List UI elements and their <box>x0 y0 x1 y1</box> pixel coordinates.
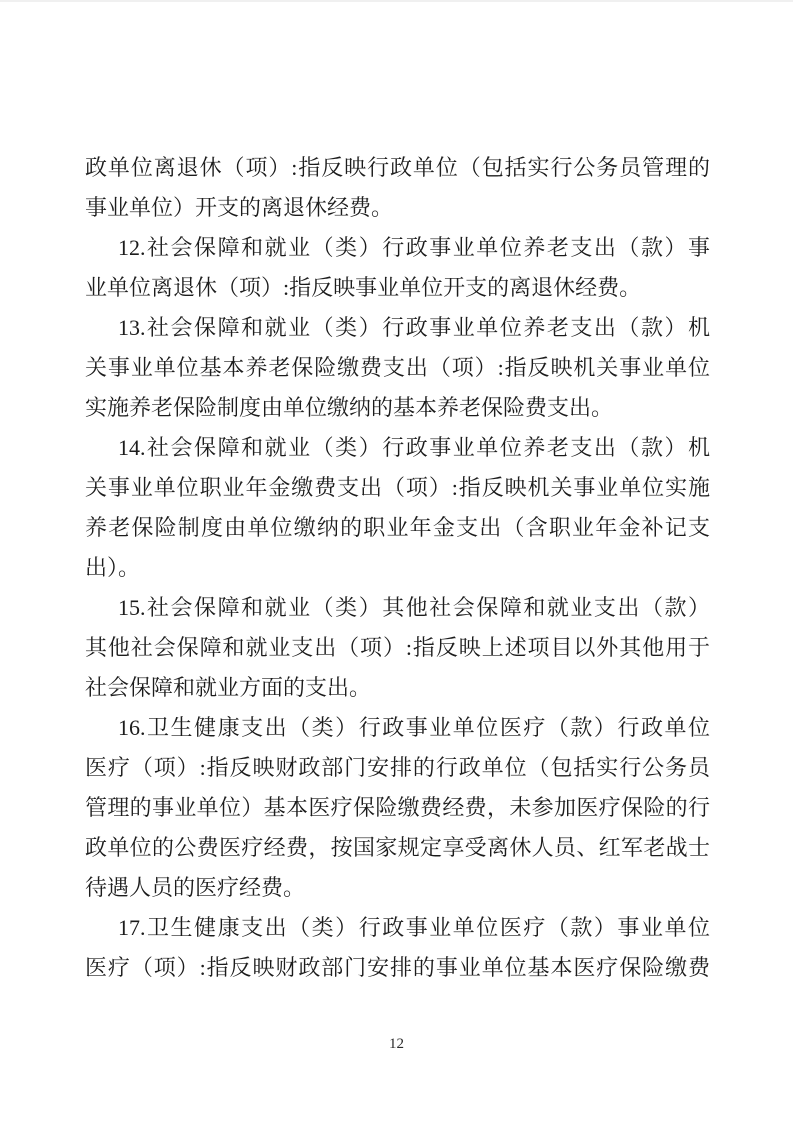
text-line: 医疗（项）:指反映财政部门安排的事业单位基本医疗保险缴费 <box>85 948 710 988</box>
text-line: 16.卫生健康支出（类）行政事业单位医疗（款）行政单位 <box>85 708 710 748</box>
page-number: 12 <box>0 1036 793 1053</box>
text-line: 管理的事业单位）基本医疗保险缴费经费，未参加医疗保险的行 <box>85 788 710 828</box>
text-line: 医疗（项）:指反映财政部门安排的行政单位（包括实行公务员 <box>85 748 710 788</box>
text-line: 其他社会保障和就业支出（项）:指反映上述项目以外其他用于 <box>85 628 710 668</box>
document-page: 政单位离退休（项）:指反映行政单位（包括实行公务员管理的事业单位）开支的离退休经… <box>0 0 793 1122</box>
text-line: 13.社会保障和就业（类）行政事业单位养老支出（款）机 <box>85 308 710 348</box>
text-line: 17.卫生健康支出（类）行政事业单位医疗（款）事业单位 <box>85 908 710 948</box>
text-line: 15.社会保障和就业（类）其他社会保障和就业支出（款） <box>85 588 710 628</box>
text-line: 事业单位）开支的离退休经费。 <box>85 188 710 228</box>
text-line: 养老保险制度由单位缴纳的职业年金支出（含职业年金补记支 <box>85 508 710 548</box>
document-body: 政单位离退休（项）:指反映行政单位（包括实行公务员管理的事业单位）开支的离退休经… <box>85 148 710 988</box>
text-line: 14.社会保障和就业（类）行政事业单位养老支出（款）机 <box>85 428 710 468</box>
text-line: 关事业单位基本养老保险缴费支出（项）:指反映机关事业单位 <box>85 348 710 388</box>
text-line: 12.社会保障和就业（类）行政事业单位养老支出（款）事 <box>85 228 710 268</box>
text-line: 实施养老保险制度由单位缴纳的基本养老保险费支出。 <box>85 388 710 428</box>
text-line: 政单位离退休（项）:指反映行政单位（包括实行公务员管理的 <box>85 148 710 188</box>
text-line: 业单位离退休（项）:指反映事业单位开支的离退休经费。 <box>85 268 710 308</box>
text-line: 待遇人员的医疗经费。 <box>85 868 710 908</box>
text-line: 政单位的公费医疗经费，按国家规定享受离休人员、红军老战士 <box>85 828 710 868</box>
text-line: 社会保障和就业方面的支出。 <box>85 668 710 708</box>
text-line: 关事业单位职业年金缴费支出（项）:指反映机关事业单位实施 <box>85 468 710 508</box>
text-line: 出）。 <box>85 548 710 588</box>
